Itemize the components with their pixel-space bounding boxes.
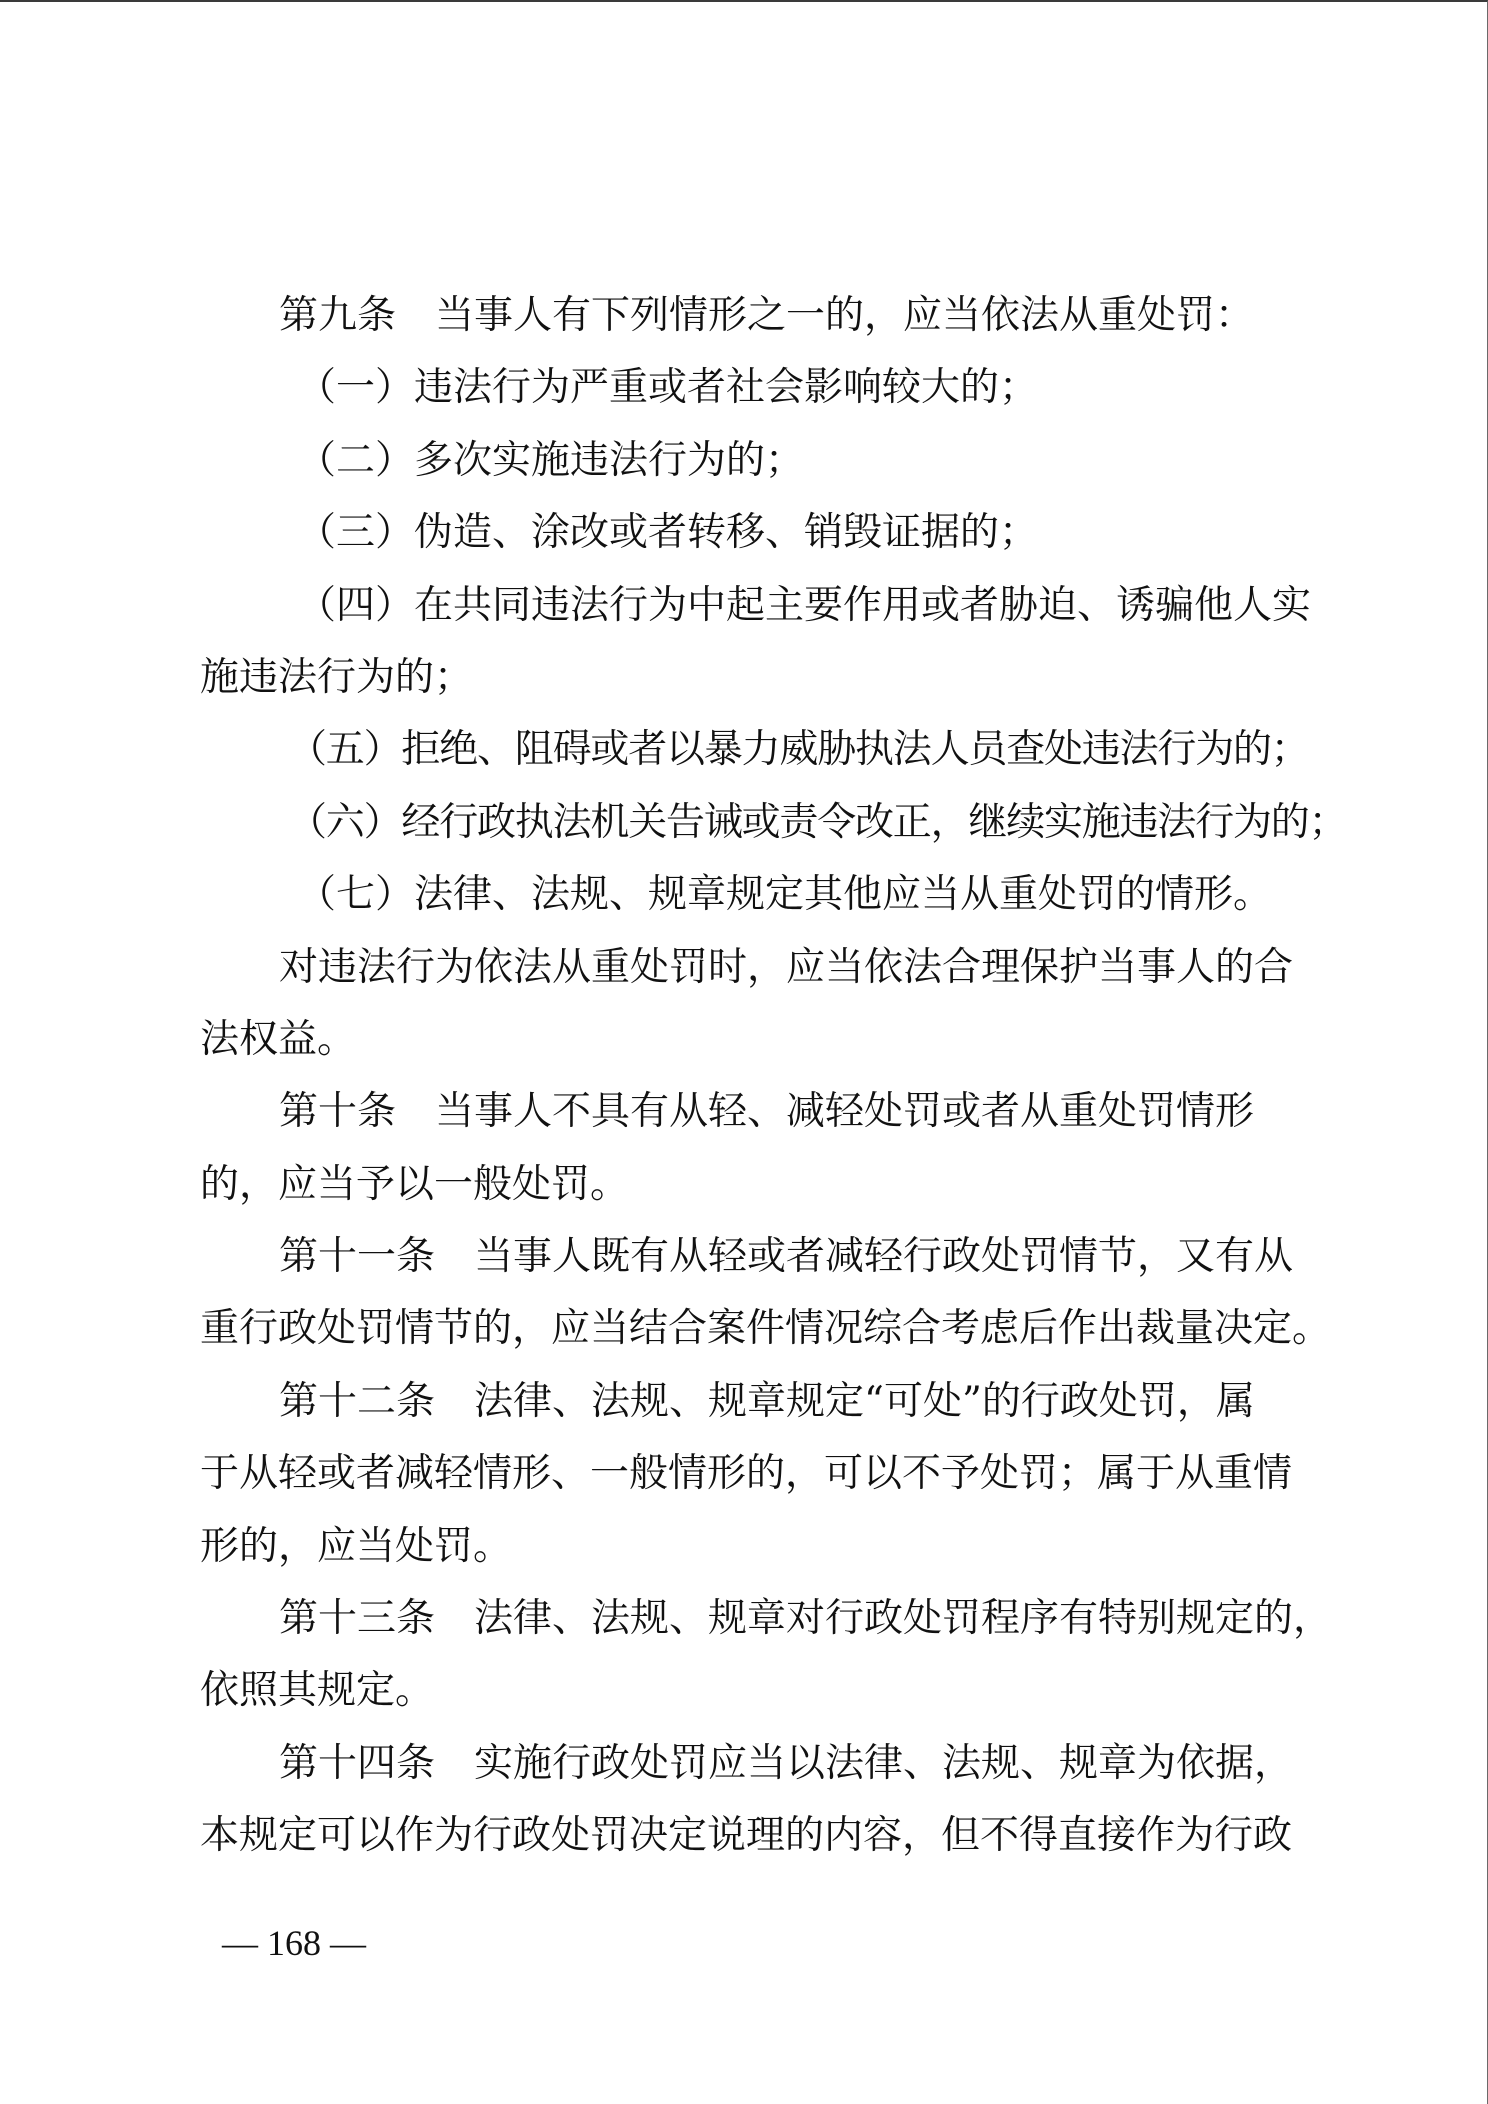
list-item-4: （四）在共同违法行为中起主要作用或者胁迫、诱骗他人实 — [200, 570, 1300, 642]
document-page: 第九条当事人有下列情形之一的，应当依法从重处罚： （一）违法行为严重或者社会影响… — [0, 0, 1488, 2104]
article-14-continued: 本规定可以作为行政处罚决定说理的内容，但不得直接作为行政 — [200, 1800, 1300, 1872]
article-text: 当事人不具有从轻、减轻处罚或者从重处罚情形 — [435, 1089, 1254, 1134]
article-11-heading-line: 第十一条当事人既有从轻或者减轻行政处罚情节，又有从 — [200, 1221, 1300, 1293]
paragraph-line-continued: 法权益。 — [200, 1004, 1300, 1076]
article-number: 第十二条 — [279, 1366, 435, 1438]
article-text: 法律、法规、规章规定“可处”的行政处罚，属 — [474, 1379, 1255, 1424]
list-item-6: （六）经行政执法机关告诫或责令改正，继续实施违法行为的； — [200, 787, 1300, 859]
list-item-5: （五）拒绝、阻碍或者以暴力威胁执法人员查处违法行为的； — [200, 714, 1300, 786]
page-number: — 168 — — [222, 1922, 366, 1964]
article-number: 第十一条 — [279, 1221, 435, 1293]
article-12-continued: 于从轻或者减轻情形、一般情形的，可以不予处罚；属于从重情 — [200, 1438, 1300, 1510]
document-body: 第九条当事人有下列情形之一的，应当依法从重处罚： （一）违法行为严重或者社会影响… — [200, 280, 1300, 1873]
list-item-4-continued: 施违法行为的； — [200, 642, 1300, 714]
article-13-continued: 依照其规定。 — [200, 1655, 1300, 1727]
list-item-3: （三）伪造、涂改或者转移、销毁证据的； — [200, 497, 1300, 569]
article-text: 当事人有下列情形之一的，应当依法从重处罚： — [435, 293, 1254, 338]
article-12-heading-line: 第十二条法律、法规、规章规定“可处”的行政处罚，属 — [200, 1366, 1300, 1438]
article-number: 第九条 — [279, 280, 396, 352]
article-text: 实施行政处罚应当以法律、法规、规章为依据， — [474, 1741, 1293, 1786]
list-item-1: （一）违法行为严重或者社会影响较大的； — [200, 352, 1300, 424]
list-item-7: （七）法律、法规、规章规定其他应当从重处罚的情形。 — [200, 859, 1300, 931]
article-9-heading-line: 第九条当事人有下列情形之一的，应当依法从重处罚： — [200, 280, 1300, 352]
article-13-heading-line: 第十三条法律、法规、规章对行政处罚程序有特别规定的， — [200, 1583, 1300, 1655]
list-item-2: （二）多次实施违法行为的； — [200, 425, 1300, 497]
article-10-heading-line: 第十条当事人不具有从轻、减轻处罚或者从重处罚情形 — [200, 1076, 1300, 1148]
article-11-continued: 重行政处罚情节的，应当结合案件情况综合考虑后作出裁量决定。 — [200, 1293, 1300, 1365]
article-12-continued: 形的，应当处罚。 — [200, 1511, 1300, 1583]
article-text: 法律、法规、规章对行政处罚程序有特别规定的， — [474, 1596, 1332, 1641]
article-number: 第十四条 — [279, 1728, 435, 1800]
article-14-heading-line: 第十四条实施行政处罚应当以法律、法规、规章为依据， — [200, 1728, 1300, 1800]
article-number: 第十三条 — [279, 1583, 435, 1655]
article-10-continued: 的，应当予以一般处罚。 — [200, 1149, 1300, 1221]
article-number: 第十条 — [279, 1076, 396, 1148]
article-text: 当事人既有从轻或者减轻行政处罚情节，又有从 — [474, 1234, 1293, 1279]
paragraph-line: 对违法行为依法从重处罚时，应当依法合理保护当事人的合 — [200, 932, 1300, 1004]
